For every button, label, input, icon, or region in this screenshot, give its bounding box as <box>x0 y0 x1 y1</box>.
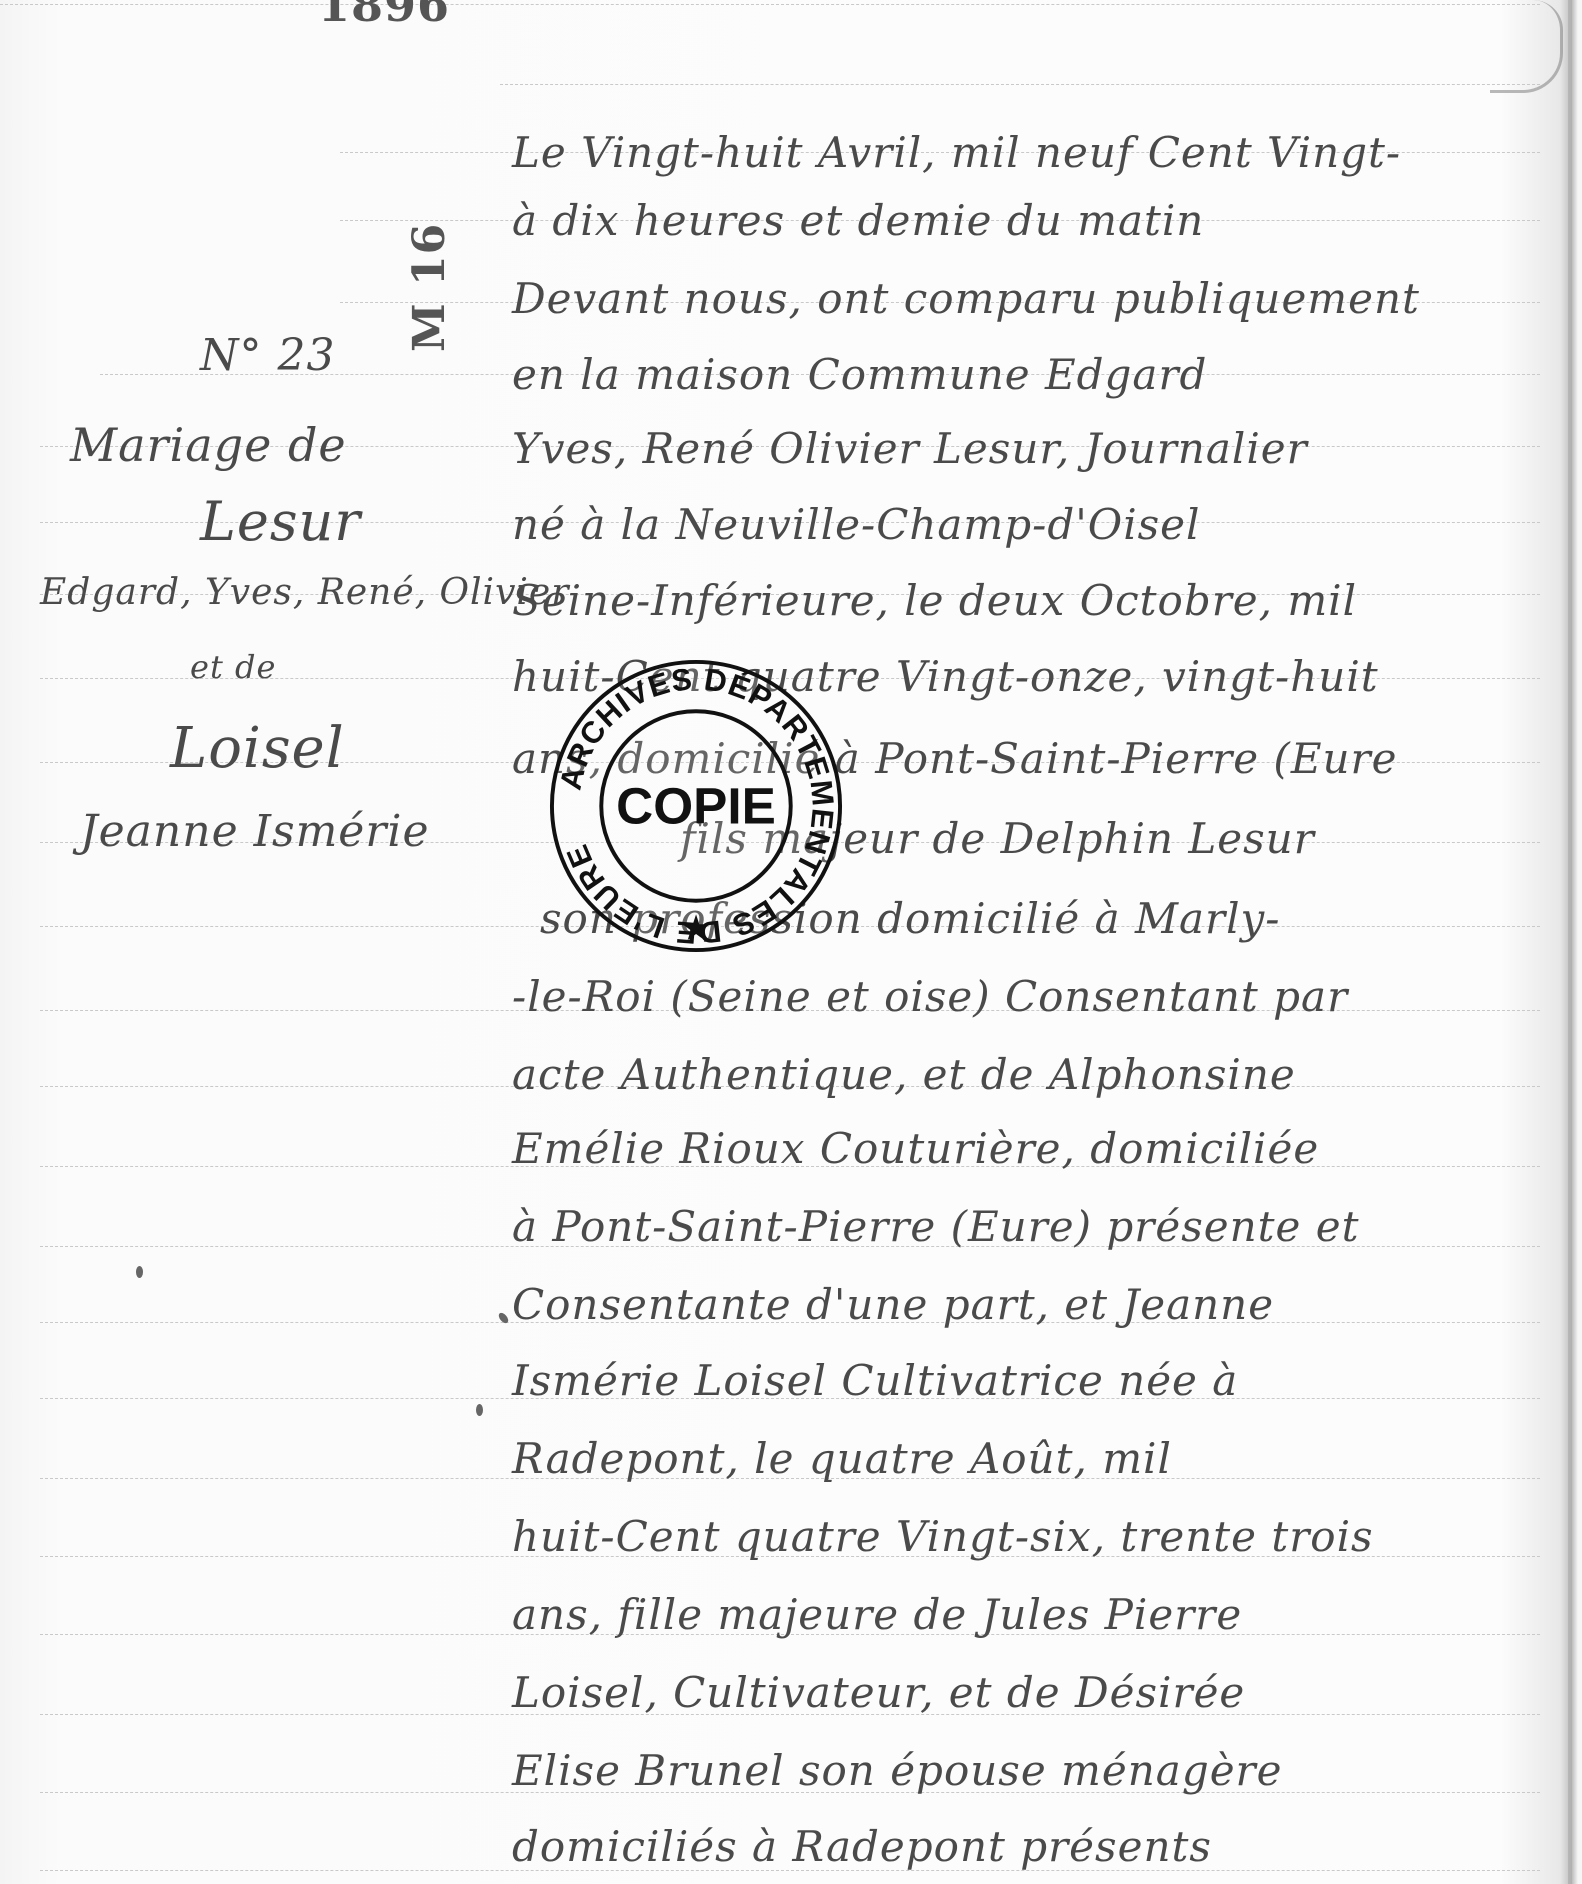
body-line: ans, fille majeure de Jules Pierre <box>512 1590 1242 1639</box>
body-line: acte Authentique, et de Alphonsine <box>512 1050 1296 1099</box>
groom-given-names: Edgard, Yves, René, Olivier <box>40 572 569 613</box>
margin-conjunction: et de <box>190 648 276 686</box>
body-line: à dix heures et demie du matin <box>512 196 1204 245</box>
body-line: à Pont-Saint-Pierre (Eure) présente et <box>512 1202 1359 1251</box>
corner-flourish <box>1490 0 1563 93</box>
page-binding-edge <box>1568 0 1572 1884</box>
ink-blot <box>136 1266 143 1278</box>
star-icon: ★ <box>680 908 712 949</box>
body-line: Ismérie Loisel Cultivatrice née à <box>512 1356 1238 1405</box>
body-line: Seine-Inférieure, le deux Octobre, mil <box>512 576 1357 625</box>
body-line: Le Vingt-huit Avril, mil neuf Cent Vingt… <box>512 128 1401 177</box>
body-line: Loisel, Cultivateur, et de Désirée <box>512 1668 1245 1717</box>
archive-copy-stamp: ARCHIVES DÉPARTEMENTALES DE L'EURE COPIE… <box>548 658 844 954</box>
margin-title: Mariage de <box>70 418 347 472</box>
body-line: Yves, René Olivier Lesur, Journalier <box>512 424 1308 473</box>
stamp-center-text: COPIE <box>616 778 776 835</box>
body-line: en la maison Commune Edgard <box>512 350 1207 399</box>
series-code-stamp: M 16 <box>404 223 455 352</box>
ink-blot <box>476 1404 483 1416</box>
bride-given-names: Jeanne Ismérie <box>80 806 429 857</box>
body-line: né à la Neuville-Champ-d'Oisel <box>512 500 1200 549</box>
body-line: domiciliés à Radepont présents <box>512 1822 1212 1871</box>
body-line: huit-Cent quatre Vingt-six, trente trois <box>512 1512 1374 1561</box>
groom-surname: Lesur <box>200 490 361 553</box>
scanned-register-page: 1896 M 16 N° 23 Mariage de Lesur Edgard,… <box>0 0 1582 1884</box>
body-line: Consentante d'une part, et Jeanne <box>512 1280 1274 1329</box>
body-line: Elise Brunel son épouse ménagère <box>512 1746 1283 1795</box>
body-line: Devant nous, ont comparu publiquement <box>512 274 1420 323</box>
bride-surname: Loisel <box>170 716 345 781</box>
body-line: Emélie Rioux Couturière, domiciliée <box>512 1124 1319 1173</box>
act-number: N° 23 <box>200 330 335 381</box>
body-line: Radepont, le quatre Août, mil <box>512 1434 1172 1483</box>
year-stamp: 1896 <box>318 0 450 32</box>
body-line: -le-Roi (Seine et oise) Consentant par <box>512 972 1348 1021</box>
